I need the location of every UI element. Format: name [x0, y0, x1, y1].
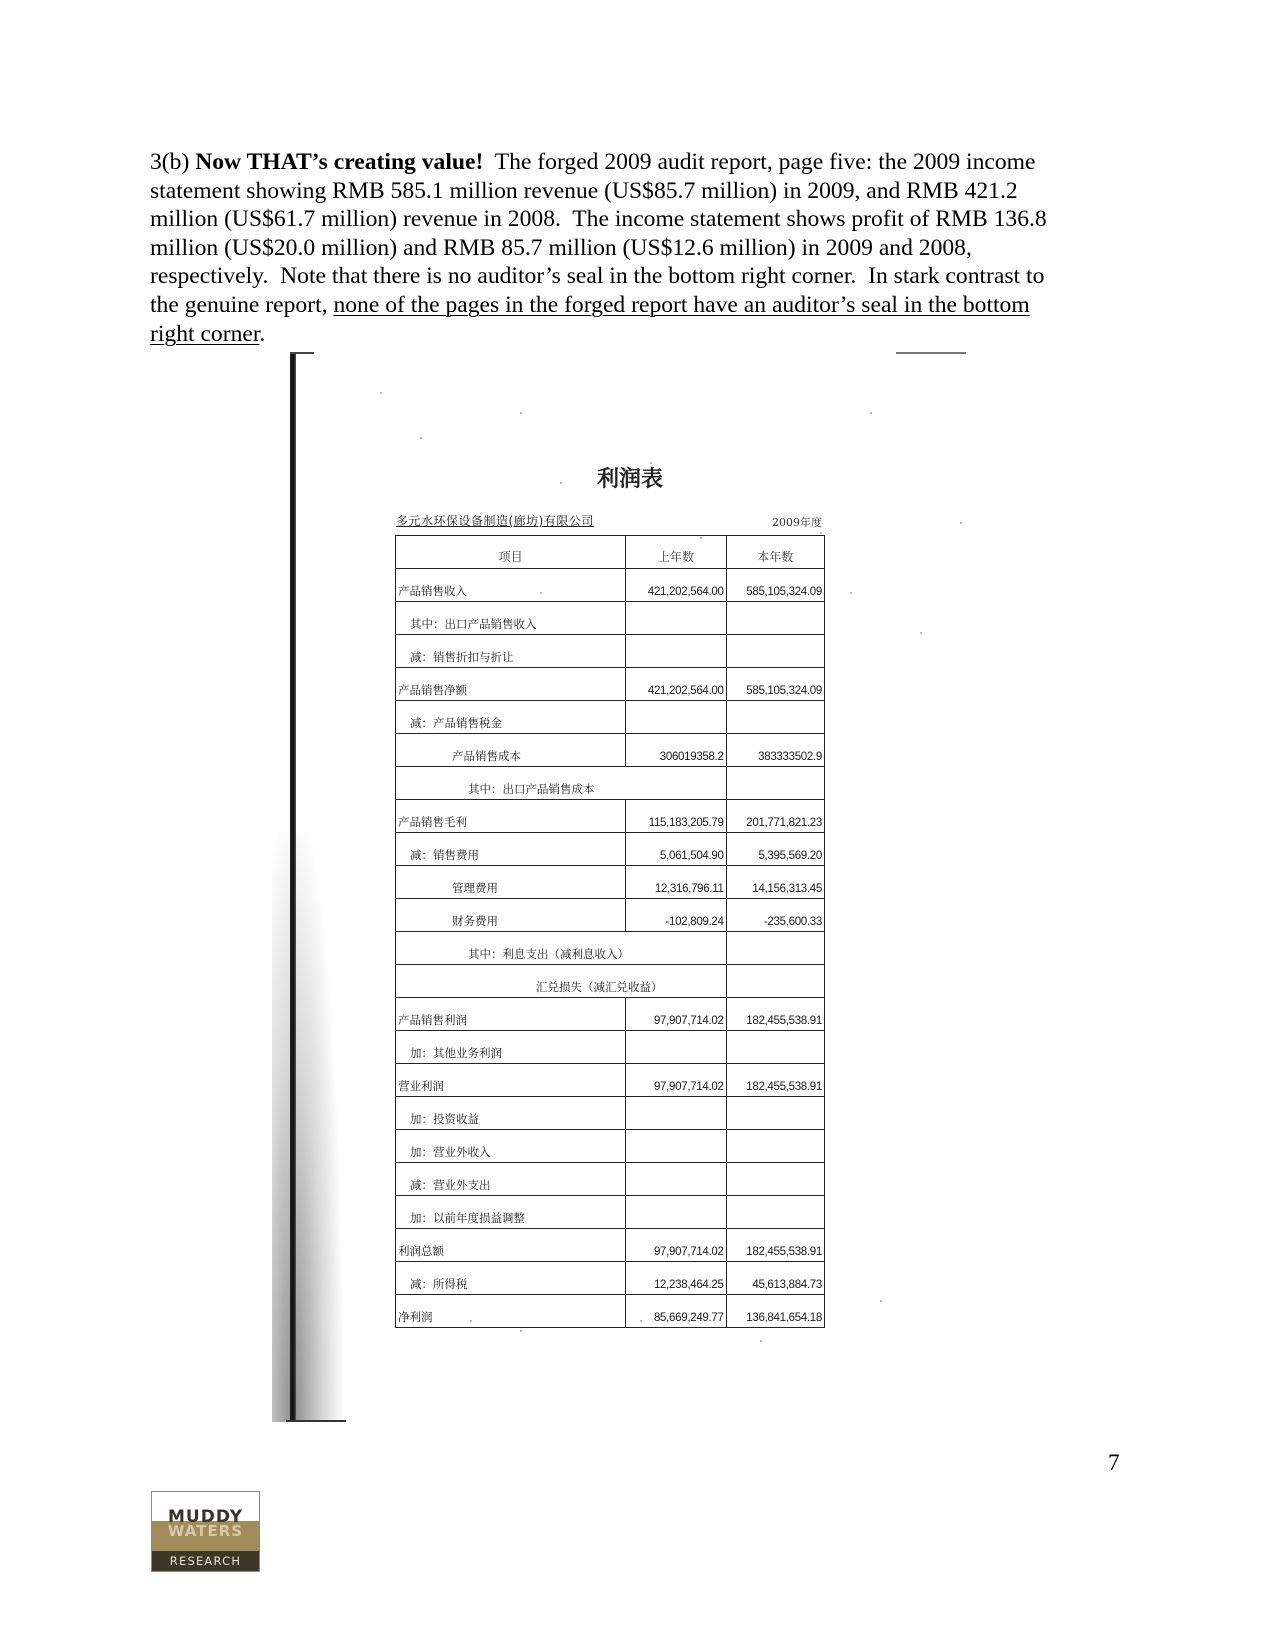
current-year-value: 585,105,324.09	[726, 668, 824, 701]
table-row: 产品销售利润97,907,714.02182,455,538.91	[396, 998, 825, 1031]
prior-year-value: 421,202,564.00	[626, 668, 726, 701]
prior-year-value	[626, 635, 726, 668]
prior-year-value: 12,238,464.25	[626, 1262, 726, 1295]
paragraph-line-3: million (US$61.7 million) revenue in 200…	[150, 205, 1110, 234]
row-label: 营业利润	[396, 1064, 626, 1097]
table-row: 减：销售费用5,061,504.905,395,569.20	[396, 833, 825, 866]
table-row: 其中：出口产品销售收入	[396, 602, 825, 635]
underlined-claim: none of the pages in the forged report h…	[333, 292, 1029, 318]
paragraph-line-6: the genuine report, none of the pages in…	[150, 291, 1110, 320]
current-year-value	[726, 1163, 824, 1196]
row-label: 减：销售折扣与折让	[396, 635, 626, 668]
prior-year-value: 97,907,714.02	[626, 1229, 726, 1262]
current-year-value	[726, 1097, 824, 1130]
table-row: 减：营业外支出	[396, 1163, 825, 1196]
logo-research: RESEARCH	[152, 1551, 259, 1571]
paragraph-line-1: 3(b) Now THAT’s creating value! The forg…	[150, 148, 1110, 177]
table-row: 减：销售折扣与折让	[396, 635, 825, 668]
row-label: 利润总额	[396, 1229, 626, 1262]
current-year-value: 585,105,324.09	[726, 569, 824, 602]
scan-shadow	[272, 832, 342, 1422]
scan-speckle	[700, 537, 702, 539]
row-label: 加：营业外收入	[396, 1130, 626, 1163]
underlined-claim-end: right corner	[150, 321, 259, 347]
row-label: 减：所得税	[396, 1262, 626, 1295]
scan-speckle	[640, 1320, 642, 1322]
table-row: 产品销售毛利115,183,205.79201,771,821.23	[396, 800, 825, 833]
body-paragraph: 3(b) Now THAT’s creating value! The forg…	[150, 148, 1110, 348]
statement-title: 利润表	[290, 462, 970, 493]
page-number: 7	[1108, 1450, 1120, 1476]
prior-year-value: 97,907,714.02	[626, 998, 726, 1031]
paragraph-line-7: right corner.	[150, 320, 1110, 349]
current-year-value: 14,156,313.45	[726, 866, 824, 899]
current-year-value	[726, 1196, 824, 1229]
row-label: 产品销售收入	[396, 569, 626, 602]
scan-speckle	[540, 592, 542, 594]
muddy-waters-logo: MUDDY WATERS RESEARCH	[151, 1491, 260, 1572]
scan-speckle	[820, 532, 822, 534]
row-label: 减：营业外支出	[396, 1163, 626, 1196]
current-year-value	[726, 965, 824, 998]
paragraph-line-2: statement showing RMB 585.1 million reve…	[150, 177, 1110, 206]
prior-year-value	[626, 602, 726, 635]
table-row: 加：其他业务利润	[396, 1031, 825, 1064]
row-label: 加：其他业务利润	[396, 1031, 626, 1064]
scan-bottom-mark	[286, 1420, 346, 1422]
row-label: 其中：出口产品销售成本	[396, 767, 727, 800]
row-label: 汇兑损失（减汇兑收益）	[396, 965, 727, 998]
scan-speckle	[760, 1340, 762, 1342]
current-year-value	[726, 1031, 824, 1064]
scanned-income-statement: 利润表 多元水环保设备制造(廊坊)有限公司 2009年度 项目 上年数 本年数 …	[290, 352, 970, 1422]
row-label: 财务费用	[396, 899, 626, 932]
scan-speckle	[470, 1320, 472, 1322]
prior-year-value: 85,669,249.77	[626, 1295, 726, 1328]
income-statement-table: 项目 上年数 本年数 产品销售收入421,202,564.00585,105,3…	[395, 535, 825, 1328]
current-year-value: 45,613,884.73	[726, 1262, 824, 1295]
prior-year-value: -102,809.24	[626, 899, 726, 932]
header-current-year: 本年数	[726, 536, 824, 569]
current-year-value	[726, 701, 824, 734]
current-year-value: 5,395,569.20	[726, 833, 824, 866]
current-year-value: 182,455,538.91	[726, 998, 824, 1031]
prior-year-value	[626, 1196, 726, 1229]
bold-heading: Now THAT’s creating value!	[195, 149, 483, 175]
table-row: 产品销售成本306019358.2383333502.9	[396, 734, 825, 767]
prior-year-value	[626, 701, 726, 734]
table-row: 利润总额97,907,714.02182,455,538.91	[396, 1229, 825, 1262]
scan-speckle	[520, 1330, 522, 1332]
table-row: 其中：出口产品销售成本	[396, 767, 825, 800]
row-label: 产品销售利润	[396, 998, 626, 1031]
current-year-value: -235,600.33	[726, 899, 824, 932]
prior-year-value: 97,907,714.02	[626, 1064, 726, 1097]
scan-speckle	[850, 592, 852, 594]
row-label: 产品销售成本	[396, 734, 626, 767]
scan-corner-mark	[290, 352, 314, 354]
scan-speckle	[920, 632, 922, 634]
current-year-value	[726, 602, 824, 635]
prior-year-value	[626, 1097, 726, 1130]
scan-page-edge	[290, 352, 296, 1422]
header-item: 项目	[396, 536, 626, 569]
row-label: 其中：出口产品销售收入	[396, 602, 626, 635]
row-label: 管理费用	[396, 866, 626, 899]
row-label: 产品销售毛利	[396, 800, 626, 833]
table-row: 其中：利息支出（减利息收入）	[396, 932, 825, 965]
scan-speckle	[380, 392, 382, 394]
current-year-value	[726, 1130, 824, 1163]
prior-year-value: 421,202,564.00	[626, 569, 726, 602]
table-row: 加：营业外收入	[396, 1130, 825, 1163]
header-prior-year: 上年数	[626, 536, 726, 569]
row-label: 减：销售费用	[396, 833, 626, 866]
row-label: 净利润	[396, 1295, 626, 1328]
prior-year-value	[626, 1130, 726, 1163]
scan-speckle	[880, 1300, 882, 1302]
logo-waters: WATERS	[152, 1522, 259, 1540]
table-row: 减：产品销售税金	[396, 701, 825, 734]
paragraph-line-4: million (US$20.0 million) and RMB 85.7 m…	[150, 234, 1110, 263]
scan-speckle	[420, 437, 422, 439]
current-year-value: 182,455,538.91	[726, 1064, 824, 1097]
statement-period: 2009年度	[760, 514, 822, 530]
table-row: 产品销售净额421,202,564.00585,105,324.09	[396, 668, 825, 701]
table-row: 净利润85,669,249.77136,841,654.18	[396, 1295, 825, 1328]
scan-speckle	[560, 482, 562, 484]
row-label: 产品销售净额	[396, 668, 626, 701]
table-header-row: 项目 上年数 本年数	[396, 536, 825, 569]
current-year-value	[726, 635, 824, 668]
current-year-value	[726, 767, 824, 800]
scan-speckle	[960, 522, 962, 524]
scan-speckle	[650, 462, 652, 464]
row-label: 其中：利息支出（减利息收入）	[396, 932, 727, 965]
paragraph-line-5: respectively. Note that there is no audi…	[150, 262, 1110, 291]
prior-year-value: 115,183,205.79	[626, 800, 726, 833]
company-name: 多元水环保设备制造(廊坊)有限公司	[396, 512, 594, 529]
current-year-value: 182,455,538.91	[726, 1229, 824, 1262]
prior-year-value	[626, 1163, 726, 1196]
scan-speckle	[870, 412, 872, 414]
row-label: 减：产品销售税金	[396, 701, 626, 734]
table-row: 减：所得税12,238,464.2545,613,884.73	[396, 1262, 825, 1295]
table-row: 管理费用12,316,796.1114,156,313.45	[396, 866, 825, 899]
table-row: 加：投资收益	[396, 1097, 825, 1130]
current-year-value	[726, 932, 824, 965]
scan-speckle	[520, 412, 522, 414]
prior-year-value	[626, 1031, 726, 1064]
row-label: 加：以前年度损益调整	[396, 1196, 626, 1229]
table-row: 汇兑损失（减汇兑收益）	[396, 965, 825, 998]
current-year-value: 136,841,654.18	[726, 1295, 824, 1328]
prior-year-value: 306019358.2	[626, 734, 726, 767]
prior-year-value: 5,061,504.90	[626, 833, 726, 866]
table-row: 财务费用-102,809.24-235,600.33	[396, 899, 825, 932]
prior-year-value: 12,316,796.11	[626, 866, 726, 899]
scan-corner-mark-right	[896, 352, 966, 354]
table-row: 产品销售收入421,202,564.00585,105,324.09	[396, 569, 825, 602]
current-year-value: 201,771,821.23	[726, 800, 824, 833]
row-label: 加：投资收益	[396, 1097, 626, 1130]
table-row: 加：以前年度损益调整	[396, 1196, 825, 1229]
current-year-value: 383333502.9	[726, 734, 824, 767]
table-row: 营业利润97,907,714.02182,455,538.91	[396, 1064, 825, 1097]
